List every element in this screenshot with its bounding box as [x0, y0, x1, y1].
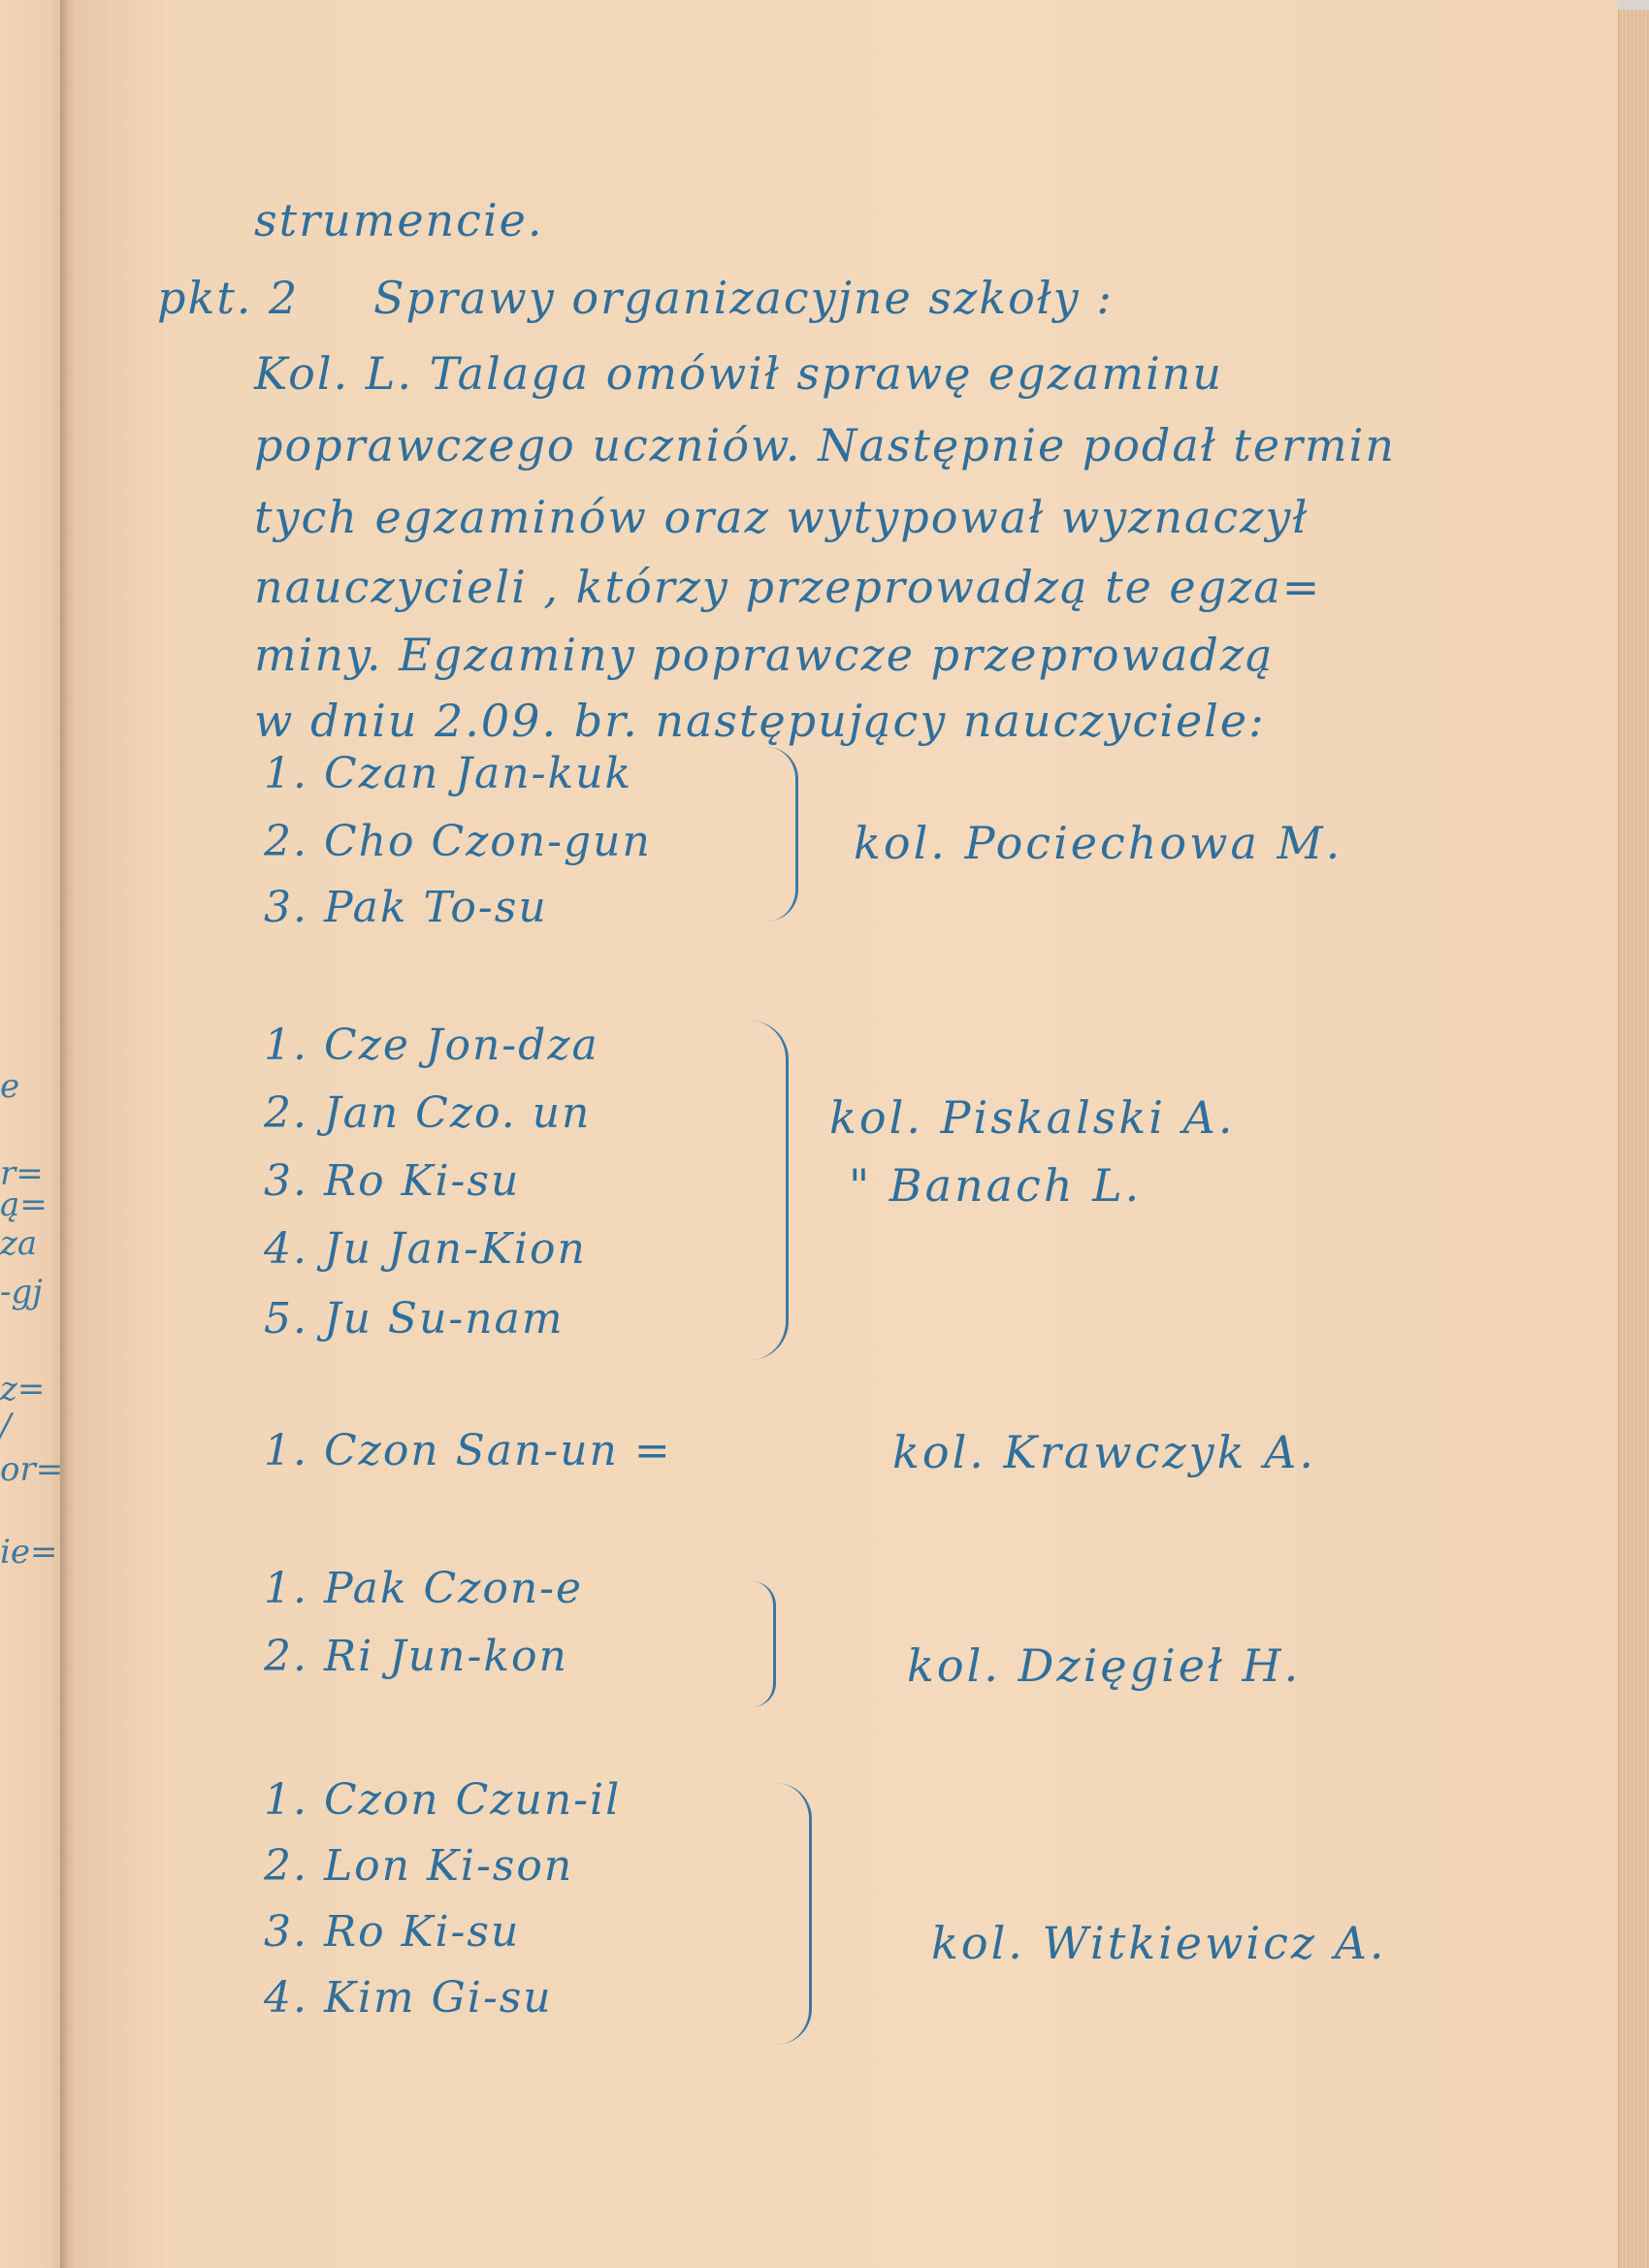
student-entry: 2. Ri Jun-kon	[264, 1632, 568, 1681]
student-entry: 1. Czan Jan-kuk	[264, 749, 632, 798]
student-entry: 3. Pak To-su	[264, 883, 548, 932]
paragraph-line: Kol. L. Talaga omówił sprawę egzaminu	[254, 347, 1223, 400]
student-entry: 2. Jan Czo. un	[264, 1088, 591, 1138]
curly-brace	[747, 1021, 789, 1360]
paragraph-line: tych egzaminów oraz wytypował wyznaczył	[254, 491, 1309, 543]
teacher-name: kol. Witkiewicz A.	[931, 1917, 1387, 1969]
student-entry: 1. Pak Czon-e	[264, 1564, 583, 1613]
teacher-name: kol. Pociechowa M.	[854, 817, 1342, 869]
left-page-fragment: za	[0, 1224, 37, 1263]
left-page-fragment: -gj	[0, 1273, 43, 1312]
paragraph-line: nauczycieli , którzy przeprowadzą te egz…	[254, 561, 1321, 613]
student-entry: 3. Ro Ki-su	[264, 1156, 520, 1206]
teacher-name: kol. Krawczyk A.	[892, 1426, 1316, 1478]
student-entry: 5. Ju Su-nam	[264, 1294, 565, 1344]
student-entry: 2. Lon Ki-son	[264, 1841, 573, 1891]
teacher-name: kol. Dzięgieł H.	[907, 1639, 1301, 1692]
section-label: pkt. 2	[157, 272, 299, 324]
paragraph-line: miny. Egzaminy poprawcze przeprowadzą	[254, 629, 1274, 681]
continuation-line: strumencie.	[254, 194, 544, 246]
student-entry: 4. Kim Gi-su	[264, 1973, 553, 2023]
left-page-fragment: z=	[0, 1370, 45, 1409]
scan-border	[1618, 0, 1649, 10]
left-page-fragment: ą=	[0, 1185, 48, 1224]
teacher-name: kol. Piskalski A.	[829, 1091, 1235, 1144]
section-heading: Sprawy organizacyjne szkoły :	[373, 272, 1114, 324]
student-entry: 1. Cze Jon-dza	[264, 1021, 599, 1070]
curly-brace	[766, 747, 798, 922]
student-entry: 2. Cho Czon-gun	[264, 817, 652, 866]
left-page-fragment: e	[0, 1067, 19, 1106]
teacher-name: " Banach L.	[849, 1159, 1142, 1212]
left-page-fragment: ie=	[0, 1533, 57, 1571]
student-entry: 1. Czon San-un =	[264, 1426, 672, 1475]
paragraph-line: poprawczego uczniów. Następnie podał ter…	[254, 419, 1396, 471]
student-entry: 4. Ju Jan-Kion	[264, 1224, 587, 1274]
curly-brace	[752, 1581, 776, 1707]
page-stack-edge	[1618, 10, 1649, 2268]
student-entry: 1. Czon Czun-il	[264, 1775, 621, 1825]
left-page-edge: e r= ą= za -gj z= / or= ie=	[0, 0, 60, 2268]
student-entry: 3. Ro Ki-su	[264, 1907, 520, 1957]
paragraph-line: w dniu 2.09. br. następujący nauczyciele…	[254, 695, 1266, 747]
left-page-fragment: /	[0, 1407, 11, 1445]
scanned-page: e r= ą= za -gj z= / or= ie= strumencie. …	[0, 0, 1649, 2268]
left-page-fragment: or=	[0, 1450, 63, 1489]
curly-brace	[776, 1783, 812, 2045]
book-gutter	[60, 0, 76, 2268]
